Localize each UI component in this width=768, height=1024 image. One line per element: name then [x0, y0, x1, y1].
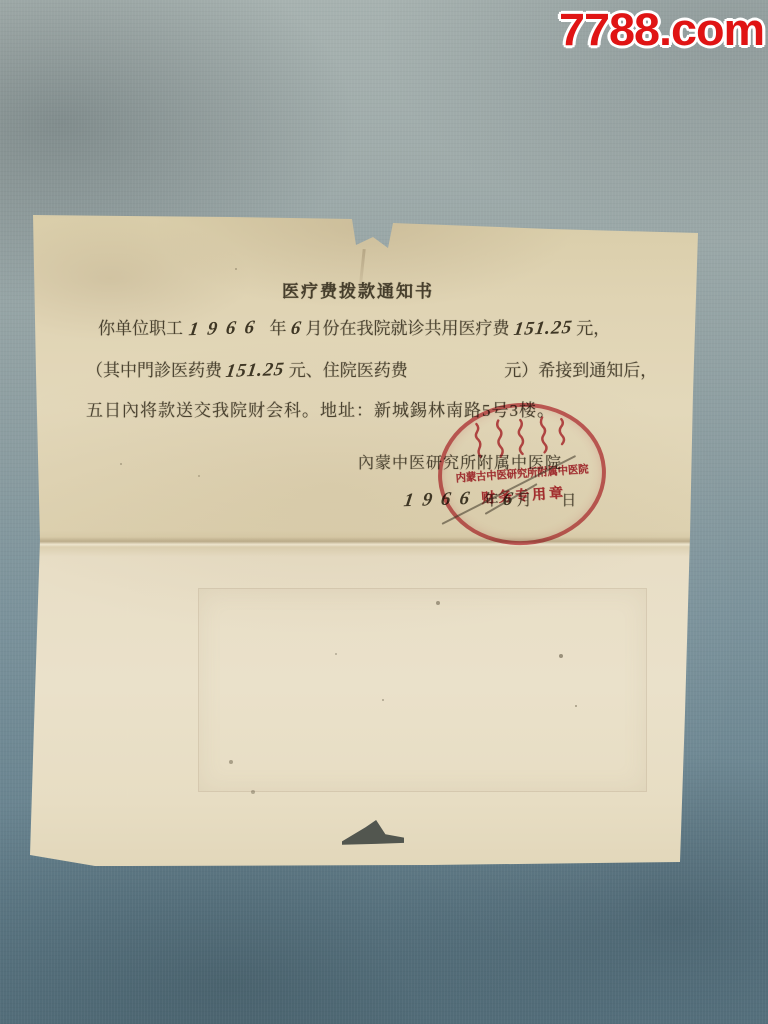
line1-handwritten-year: 1966	[187, 317, 265, 342]
line1-text-mid: 月份在我院就诊共用医疗费	[306, 319, 510, 338]
paper-document: 医疗费拨款通知书 你单位职工 1966 年 6 月份在我院就诊共用医疗费 151…	[30, 213, 698, 868]
notice-line-1: 你单位职工 1966 年 6 月份在我院就诊共用医疗费 151.25 元，	[98, 314, 610, 340]
line1-handwritten-amount: 151.25	[512, 317, 574, 341]
line2-text-pre: （其中門診医药费	[86, 361, 222, 380]
site-watermark: 7788.com	[559, 4, 764, 56]
line1-text-pre: 你单位职工	[98, 319, 183, 338]
line2-text-mid: 元、住院医药费	[289, 361, 408, 380]
line2-handwritten-amount: 151.25	[225, 359, 287, 383]
dark-tear-mark	[342, 820, 404, 846]
line1-text-end: 元，	[576, 319, 610, 338]
paper-fold-crease	[30, 537, 698, 547]
line2-text-end: 元）希接到通知后，	[504, 361, 657, 380]
ink-bleedthrough-outline	[198, 588, 647, 792]
line1-handwritten-month: 6	[289, 318, 303, 340]
mongolian-script-icon	[458, 411, 581, 465]
document-title: 医疗费拨款通知书	[282, 277, 434, 302]
notice-line-2: （其中門診医药费 151.25 元、住院医药费 元）希接到通知后，	[86, 356, 657, 382]
line1-year-unit: 年	[270, 319, 287, 338]
red-official-seal: 内蒙古中医研究所附属中医院 财务专用章	[433, 397, 610, 550]
